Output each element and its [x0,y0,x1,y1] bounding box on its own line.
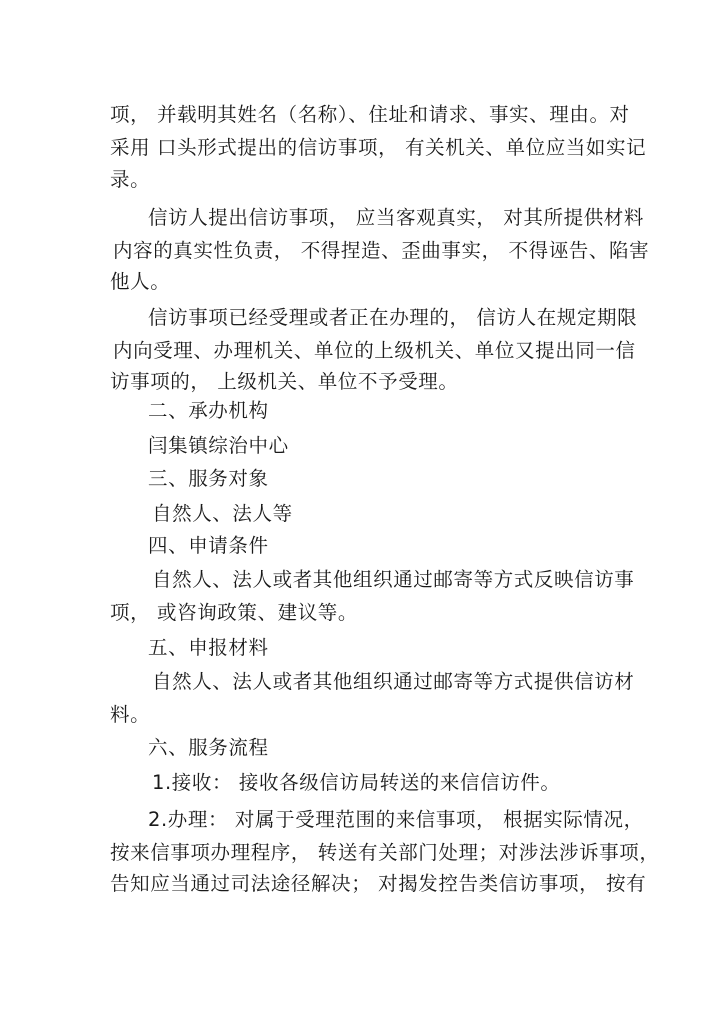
paragraph-first-line: 信访事项已经受理或者正在办理的， 信访人在规定期限 [148,306,637,330]
section-heading-materials: 五、申报材料 [148,636,269,660]
service-target-text: 自然人、法人等 [152,502,293,526]
body-text-line: 料。 [110,703,150,727]
body-text-line: 项， 并载明其姓名（名称）、住址和请求、事实、理由。对 [110,103,630,127]
organizer-name: 闫集镇综治中心 [148,434,289,458]
body-text-line: 他人。 [110,270,170,294]
body-text-line: 按来信事项办理程序， 转送有关部门处理；对涉法涉诉事项， [110,841,660,865]
process-step-receive: 1.接收： 接收各级信访局转送的来信信访件。 [152,771,561,795]
body-text-line: 采用 口头形式提出的信访事项， 有关机关、单位应当如实记 [110,136,646,160]
body-text-line: 告知应当通过司法途径解决； 对揭发控告类信访事项， 按有 [110,872,646,896]
process-step-handle: 2.办理： 对属于受理范围的来信事项， 根据实际情况， [148,808,644,832]
body-text-line: 内向受理、办理机关、单位的上级机关、单位又提出同一信 [113,339,636,363]
body-text-line: 访事项的， 上级机关、单位不予受理。 [110,370,459,394]
body-text-line: 项， 或咨询政策、建议等。 [110,601,358,625]
section-heading-service-target: 三、服务对象 [148,467,269,491]
section-heading-conditions: 四、申请条件 [148,534,269,558]
paragraph-first-line: 自然人、法人或者其他组织通过邮寄等方式反映信访事 [152,568,634,592]
paragraph-first-line: 信访人提出信访事项， 应当客观真实， 对其所提供材料 [148,206,644,230]
document-page: 项， 并载明其姓名（名称）、住址和请求、事实、理由。对 采用 口头形式提出的信访… [0,0,715,1011]
section-heading-process: 六、服务流程 [148,736,269,760]
section-heading-organizer: 二、承办机构 [148,399,269,423]
paragraph-first-line: 自然人、法人或者其他组织通过邮寄等方式提供信访材 [152,670,634,694]
body-text-line: 录。 [110,168,150,192]
body-text-line: 内容的真实性负责， 不得捏造、歪曲事实， 不得诬告、陷害 [113,239,649,263]
